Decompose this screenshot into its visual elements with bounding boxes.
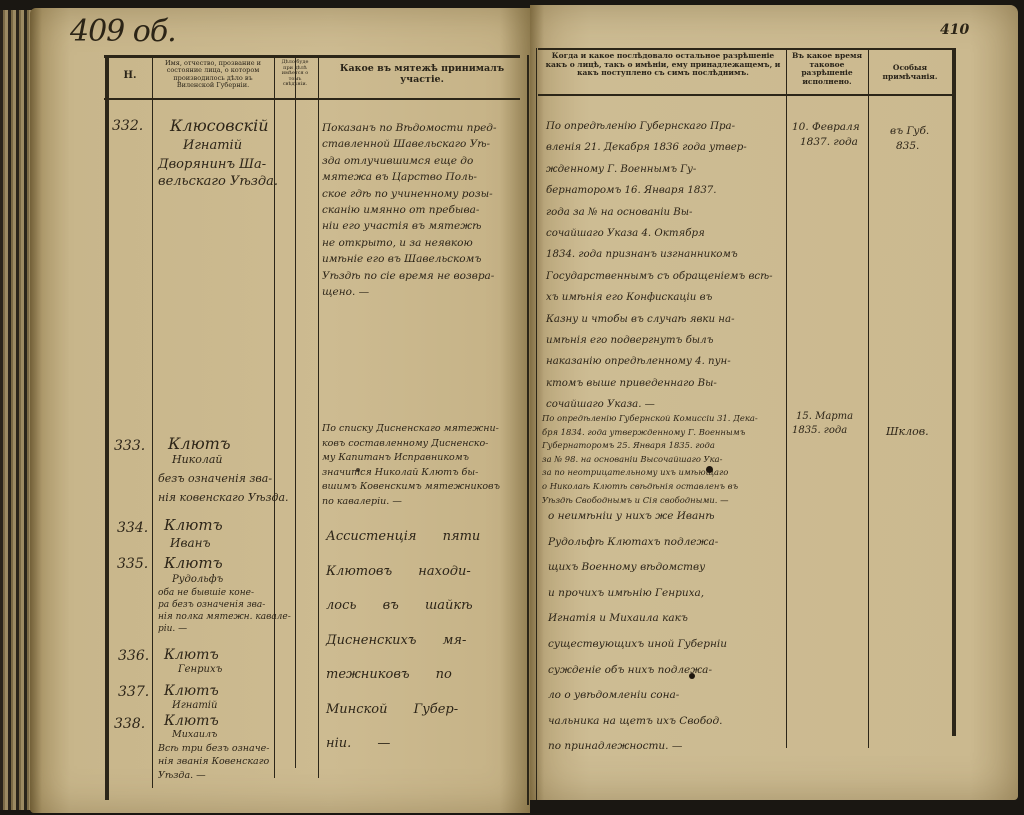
row-number: 337. xyxy=(118,684,149,700)
resolution-cell: По опредѣленію Губернской Комиссіи 31. Д… xyxy=(542,412,758,507)
left-outer-border xyxy=(105,55,109,800)
header-number: Н. xyxy=(110,70,150,82)
right-top-rule xyxy=(538,48,956,50)
header-vertical-case: Дѣло буде при дѣлѣ имѣется о томъ свѣдѣн… xyxy=(276,60,314,88)
header-participation: Какое въ мятежѣ принималъ участіе. xyxy=(322,64,522,86)
person-name-cell: Клютъ Михаилъ Всѣ три безъ означе- нія з… xyxy=(158,714,269,780)
header-notes: Особыя примѣчанія. xyxy=(870,64,950,81)
right-col-divider-2 xyxy=(868,48,869,748)
row-number: 335. xyxy=(117,556,148,572)
person-name-cell: Клютъ Рудольфъ оба не бывшіе коне- ра бе… xyxy=(158,556,291,634)
right-outer-border xyxy=(952,48,956,736)
right-header-bottom-rule xyxy=(538,94,956,96)
row-number: 336. xyxy=(118,648,149,664)
page-edges-stack xyxy=(0,10,34,810)
paper-hole xyxy=(706,466,713,473)
row-number: 338. xyxy=(114,716,145,732)
right-col-divider-1 xyxy=(786,48,787,748)
row-number: 333. xyxy=(114,438,145,454)
header-name: Имя, отчество, прозвание и состояние лиц… xyxy=(154,60,272,90)
person-name-cell: Клютъ Иванъ xyxy=(158,518,223,549)
notes-cell: Шклов. xyxy=(886,426,929,437)
paper-hole xyxy=(689,673,695,679)
resolution-cell: По опредѣленію Губернскаго Пра- вленія 2… xyxy=(546,116,773,416)
left-col-divider-4 xyxy=(318,58,319,778)
notes-cell: въ Губ. 835. xyxy=(890,124,929,154)
person-name-cell: Клютъ Игнатій xyxy=(158,684,219,711)
left-top-double-rule xyxy=(104,55,520,58)
header-resolution: Когда и какое послѣдовало остальное разр… xyxy=(542,52,784,78)
left-col-divider-1 xyxy=(152,58,153,788)
left-header-bottom-rule xyxy=(104,98,520,100)
person-name-cell: Клюсовскій Игнатій Дворянинъ Ша- вельска… xyxy=(158,118,278,188)
row-number: 332. xyxy=(112,118,143,134)
header-executed: Въ какое время таковое разрѣшеніе исполн… xyxy=(788,52,866,87)
participation-cell: Показанъ по Вѣдомости пред- ставленной Ш… xyxy=(322,120,497,300)
participation-cell: По списку Дисненскаго мятежни- ковъ сост… xyxy=(322,422,500,509)
person-name-cell: Клютъ Николай безъ означенія зва- нія ко… xyxy=(158,436,289,503)
execution-date-cell: 10. Февраля 1837. года xyxy=(792,120,860,150)
row-number: 334. xyxy=(117,520,148,536)
execution-date-cell: 15. Марта 1835. года xyxy=(792,410,853,438)
folio-number-right: 410 xyxy=(940,22,969,38)
resolution-cell-continued: о неимѣніи у нихъ же Иванѣ Рудольфѣ Клют… xyxy=(548,504,727,760)
left-inner-border xyxy=(527,55,529,805)
right-inner-border xyxy=(536,48,537,800)
person-name-cell: Клютъ Генрихъ xyxy=(158,648,222,675)
ink-blot xyxy=(356,468,360,472)
folio-number-left: 409 об. xyxy=(70,14,176,49)
left-col-divider-3 xyxy=(295,58,296,768)
participation-cell: Ассистенція пяти Клютовъ находи- лось въ… xyxy=(326,520,480,762)
ledger-spread: 409 об. Н. Имя, отчество, прозвание и со… xyxy=(0,0,1024,815)
